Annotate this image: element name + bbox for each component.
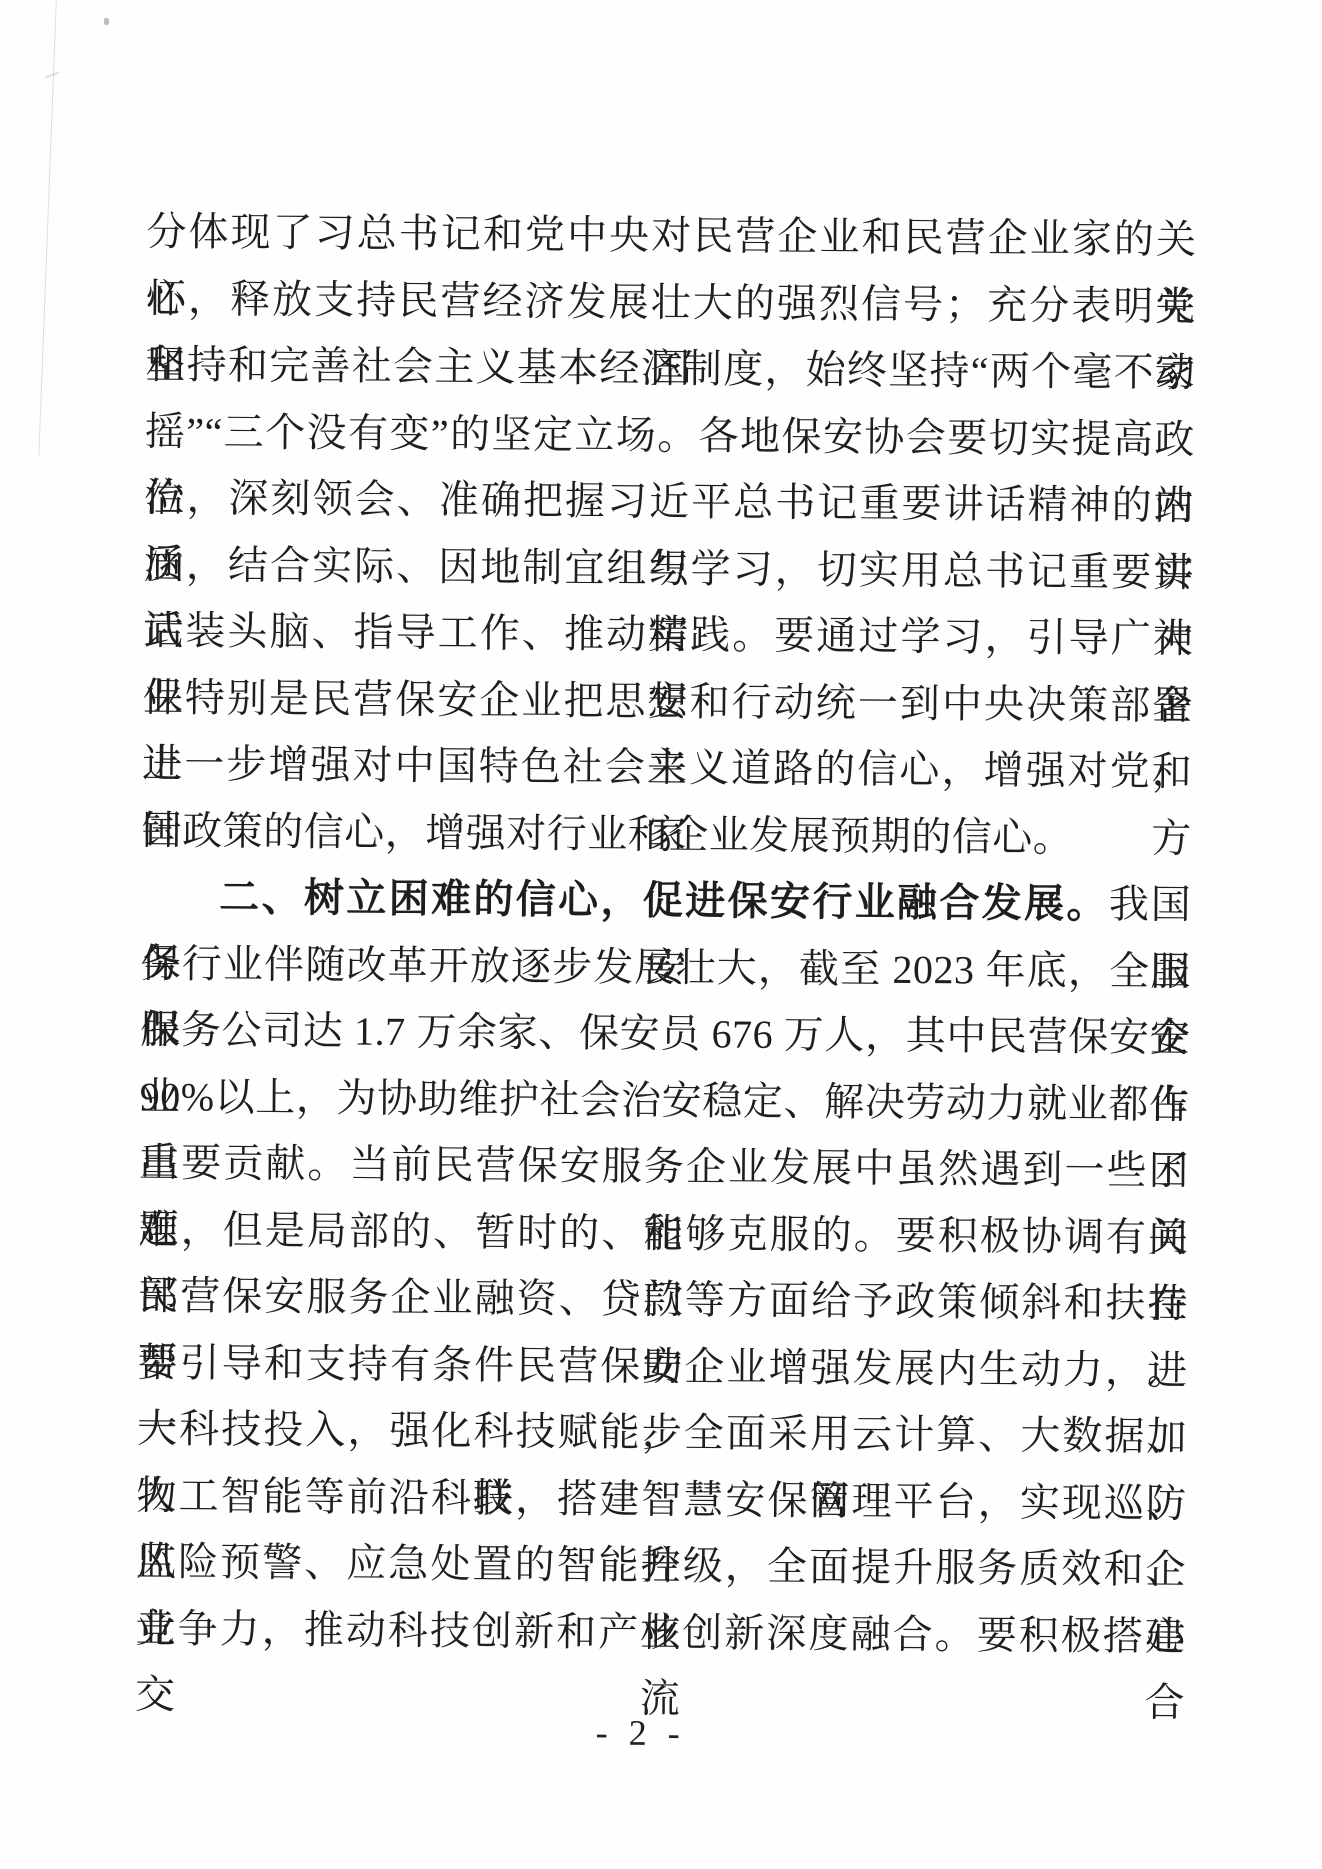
- text-line-7: 武装头脑、指导工作、推动实践。要通过学习，引导广大保安企: [143, 598, 1193, 673]
- text-line-13: 服务公司达 1.7 万余家、保安员 676 万人，其中民营保安企业占: [140, 997, 1190, 1072]
- text-line-17: 民营保安服务企业融资、贷款等方面给予政策倾斜和扶持帮助。: [138, 1263, 1188, 1338]
- text-line-8: 业特别是民营保安企业把思想和行动统一到中央决策部署上来，: [143, 664, 1193, 739]
- text-line-22: 竞争力，推动科技创新和产业创新深度融合。要积极搭建交流合: [135, 1595, 1185, 1670]
- text-line-1: 分体现了习总书记和党中央对民营企业和民营企业家的关心关: [146, 199, 1196, 274]
- text-line-19: 大科技投入，强化科技赋能，全面采用云计算、大数据、物联网、: [137, 1396, 1187, 1471]
- body-text: 分体现了习总书记和党中央对民营企业和民营企业家的关心关 怀，释放支持民营经济发展…: [135, 199, 1196, 1670]
- text-line-2: 怀，释放支持民营经济发展壮大的强烈信号；充分表明党和国家: [146, 265, 1196, 340]
- text-line-6: 质，结合实际、因地制宜组织学习，切实用总书记重要讲话精神: [144, 531, 1194, 606]
- document-page: 分体现了习总书记和党中央对民营企业和民营企业家的关心关 怀，释放支持民营经济发展…: [0, 0, 1322, 1869]
- print-area: 分体现了习总书记和党中央对民营企业和民营企业家的关心关 怀，释放支持民营经济发展…: [0, 0, 1322, 1869]
- text-line-18: 要引导和支持有条件民营保安企业增强发展内生动力，进一步加: [137, 1329, 1187, 1404]
- text-line-16: 题，但是局部的、暂时的、能够克服的。要积极协调有关部门在: [138, 1196, 1188, 1271]
- text-line-9: 进一步增强对中国特色社会主义道路的信心，增强对党和国家方: [142, 731, 1192, 806]
- text-line-5: 位，深刻领会、准确把握习近平总书记重要讲话精神的内涵与实: [144, 465, 1194, 540]
- text-line-10: 针政策的信心，增强对行业和企业发展预期的信心。: [142, 797, 1192, 872]
- section-heading-bold: 二、树立困难的信心，促进保安行业融合发展。: [219, 875, 1109, 927]
- text-line-20: 人工智能等前沿科技，搭建智慧安保管理平台，实现巡防监控、: [136, 1462, 1186, 1537]
- text-line-11-section-heading: 二、树立困难的信心，促进保安行业融合发展。我国保安服: [141, 864, 1191, 939]
- text-line-14: 90%以上，为协助维护社会治安稳定、解决劳动力就业都作出了: [139, 1063, 1189, 1138]
- text-line-21: 风险预警、应急处置的智能升级，全面提升服务质效和企业核心: [136, 1529, 1186, 1604]
- page-number: - 2 -: [0, 1707, 1316, 1759]
- text-line-15: 重要贡献。当前民营保安服务企业发展中虽然遇到一些困难和问: [139, 1130, 1189, 1205]
- text-line-4: 摇”“三个没有变”的坚定立场。各地保安协会要切实提高政治站: [145, 398, 1195, 473]
- text-line-12: 务行业伴随改革开放逐步发展壮大，截至 2023 年底，全国保安: [140, 930, 1190, 1005]
- text-line-3: 坚持和完善社会主义基本经济制度，始终坚持“两个毫不动: [145, 332, 1195, 407]
